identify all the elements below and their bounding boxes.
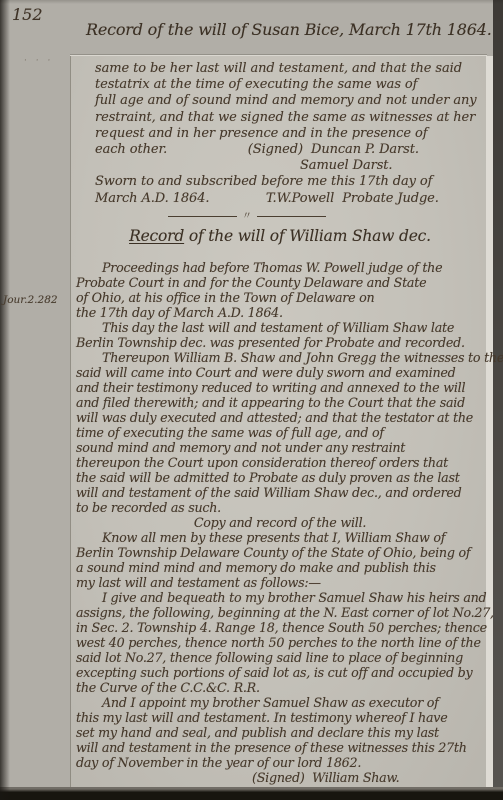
will-text-line: Probate Court in and for the County Dela… — [76, 275, 484, 290]
scanned-ledger-page: 152 Record of the will of Susan Bice, Ma… — [0, 0, 503, 800]
record1-title: Record of the will of Susan Bice, March … — [86, 20, 496, 39]
will-text-line: in Sec. 2. Township 4. Range 18, thence … — [76, 620, 484, 635]
divider-rule-right — [257, 216, 326, 217]
will-text-line: Sworn to and subscribed before me this 1… — [95, 174, 487, 190]
will-text-line: said lot No.27, thence following said li… — [76, 650, 484, 665]
ditto-mark: 〃 — [242, 212, 252, 222]
will-text-line: the 17th day of March A.D. 1864. — [76, 305, 484, 320]
will-text-line: full age and of sound mind and memory an… — [95, 93, 487, 109]
will-text-line: to be recorded as such. — [76, 500, 484, 515]
will-text-line: This day the last will and testament of … — [76, 320, 484, 335]
will-text-line: same to be her last will and testament, … — [95, 61, 487, 77]
will-text-line: will was duly executed and attested; and… — [76, 410, 484, 425]
will-text-line: my last will and testament as follows:— — [76, 575, 484, 590]
will-text-line: and filed therewith; and it appearing to… — [76, 395, 484, 410]
will-text-line: west 40 perches, thence north 50 perches… — [76, 635, 484, 650]
will-text-line: Know all men by these presents that I, W… — [76, 530, 484, 545]
will-text-line: will and testament in the presence of th… — [76, 740, 484, 755]
record2-title-rest: of the will of William Shaw dec. — [184, 227, 431, 245]
will-text-line: the Curve of the C.C.&C. R.R. — [76, 680, 484, 695]
will-text-line: restraint, and that we signed the same a… — [95, 110, 487, 126]
will-text-line: set my hand and seal, and publish and de… — [76, 725, 484, 740]
page-edge-highlight — [486, 56, 493, 789]
will-text-line: said will came into Court and were duly … — [76, 365, 484, 380]
will-text-line: this my last will and testament. In test… — [76, 710, 484, 725]
will-text-line: and their testimony reduced to writing a… — [76, 380, 484, 395]
will-text-line: March A.D. 1864. T.W.Powell Probate Judg… — [95, 191, 487, 207]
will-text-line: Berlin Township Delaware County of the S… — [76, 545, 484, 560]
record2-title-word: Record — [129, 227, 184, 245]
record2-title: Record of the will of William Shaw dec. — [76, 227, 484, 245]
scan-right-edge — [493, 0, 503, 800]
will-text-line: the said will be admitted to Probate as … — [76, 470, 484, 485]
will-text-line: Samuel Darst. — [95, 158, 487, 174]
will-text-line: testatrix at the time of executing the s… — [95, 77, 487, 93]
will-text-line: Copy and record of the will. — [76, 515, 484, 530]
will-text-line: (Signed) William Shaw. — [76, 770, 484, 785]
will-text-line: Thereupon William B. Shaw and John Gregg… — [76, 350, 484, 365]
will-text-line: time of executing the same was of full a… — [76, 425, 484, 440]
will-text-line: excepting such portions of said lot as, … — [76, 665, 484, 680]
divider-rule-left — [168, 216, 237, 217]
scan-bottom-edge — [0, 787, 503, 800]
will-text-line: Proceedings had before Thomas W. Powell … — [76, 260, 484, 275]
will-text-line: And I appoint my brother Samuel Shaw as … — [76, 695, 484, 710]
binding-shadow — [0, 0, 10, 800]
record1-body: same to be her last will and testament, … — [95, 61, 487, 207]
top-edge-shadow — [0, 0, 503, 4]
margin-reference-note: Jour.2.282 — [3, 294, 58, 306]
margin-dots: · · · — [24, 56, 53, 66]
will-text-line: thereupon the Court upon consideration t… — [76, 455, 484, 470]
will-text-line: sound mind and memory and not under any … — [76, 440, 484, 455]
will-text-line: will and testament of the said William S… — [76, 485, 484, 500]
will-text-line: each other. (Signed) Duncan P. Darst. — [95, 142, 487, 158]
will-text-line: a sound mind mind and memory do make and… — [76, 560, 484, 575]
page-number: 152 — [12, 5, 43, 24]
will-text-line: request and in her presence and in the p… — [95, 126, 487, 142]
section-divider: 〃 — [168, 211, 326, 222]
record2-body: Proceedings had before Thomas W. Powell … — [76, 260, 484, 785]
will-text-line: assigns, the following, beginning at the… — [76, 605, 484, 620]
will-text-line: day of November in the year of our lord … — [76, 755, 484, 770]
will-text-line: of Ohio, at his office in the Town of De… — [76, 290, 484, 305]
will-text-line: Berlin Township dec. was presented for P… — [76, 335, 484, 350]
will-text-line: I give and bequeath to my brother Samuel… — [76, 590, 484, 605]
